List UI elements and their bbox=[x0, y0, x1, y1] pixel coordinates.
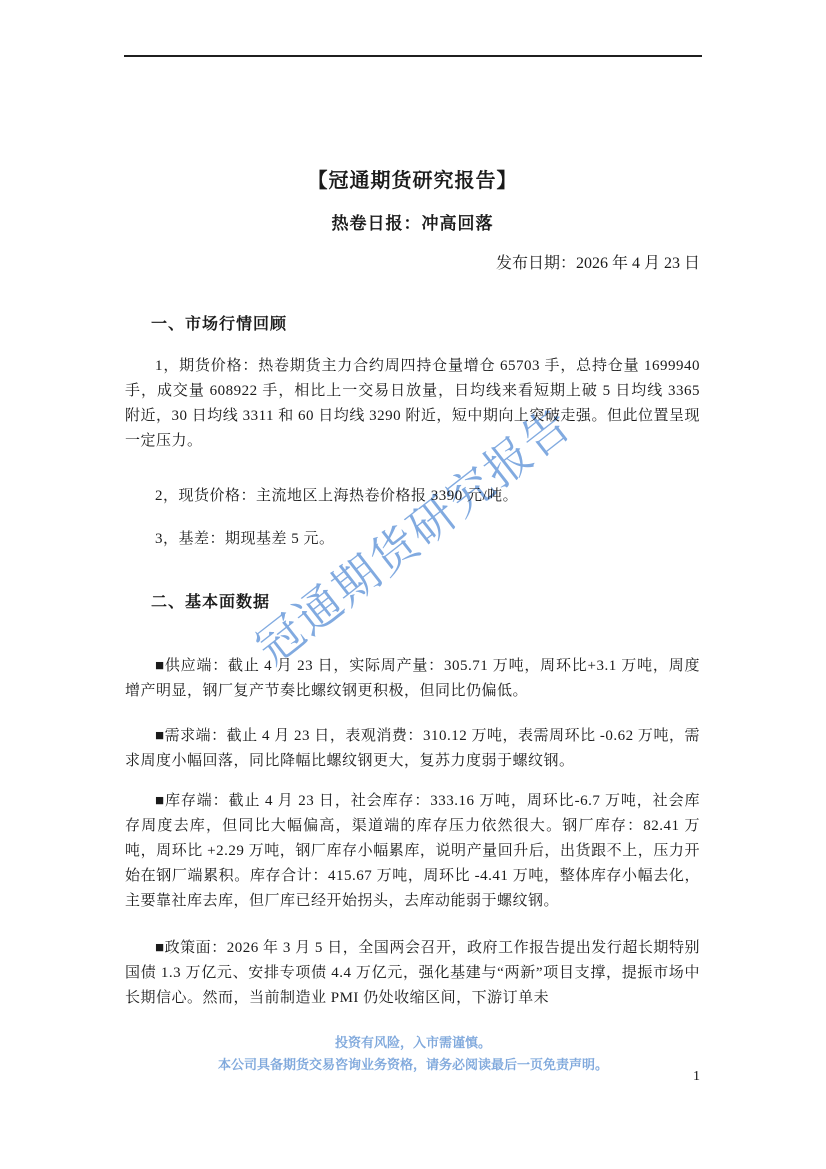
footer-risk-warning: 投资有风险，入市需谨慎。 bbox=[0, 1032, 826, 1054]
footer-disclaimer: 本公司具备期货交易咨询业务资格，请务必阅读最后一页免责声明。 bbox=[0, 1054, 826, 1076]
document-page: 冠通期货研究报告 【冠通期货研究报告】 热卷日报：冲高回落 发布日期：2026 … bbox=[0, 0, 826, 1169]
report-title: 热卷日报：冲高回落 bbox=[125, 213, 700, 235]
section-fundamentals-heading: 二、基本面数据 bbox=[151, 592, 700, 614]
document-body: 【冠通期货研究报告】 热卷日报：冲高回落 发布日期：2026 年 4 月 23 … bbox=[0, 55, 826, 1011]
paragraph-inventory: ■库存端：截止 4 月 23 日，社会库存：333.16 万吨，周环比-6.7 … bbox=[125, 789, 700, 914]
paragraph-futures-price: 1，期货价格：热卷期货主力合约周四持仓量增仓 65703 手，总持仓量 1699… bbox=[125, 354, 700, 454]
page-number: 1 bbox=[693, 1068, 700, 1086]
page-footer: 投资有风险，入市需谨慎。 本公司具备期货交易咨询业务资格，请务必阅读最后一页免责… bbox=[0, 1032, 826, 1076]
report-series-title: 【冠通期货研究报告】 bbox=[125, 169, 700, 193]
paragraph-policy: ■政策面：2026 年 3 月 5 日，全国两会召开，政府工作报告提出发行超长期… bbox=[125, 936, 700, 1011]
publish-date: 发布日期：2026 年 4 月 23 日 bbox=[125, 253, 700, 274]
paragraph-basis: 3，基差：期现基差 5 元。 bbox=[125, 527, 700, 552]
paragraph-demand: ■需求端：截止 4 月 23 日，表观消费：310.12 万吨，表需周环比 -0… bbox=[125, 724, 700, 774]
paragraph-spot-price: 2，现货价格：主流地区上海热卷价格报 3390 元/吨。 bbox=[125, 484, 700, 509]
paragraph-supply: ■供应端：截止 4 月 23 日，实际周产量：305.71 万吨，周环比+3.1… bbox=[125, 654, 700, 704]
header-rule bbox=[124, 55, 702, 57]
section-market-review-heading: 一、市场行情回顾 bbox=[151, 314, 700, 336]
